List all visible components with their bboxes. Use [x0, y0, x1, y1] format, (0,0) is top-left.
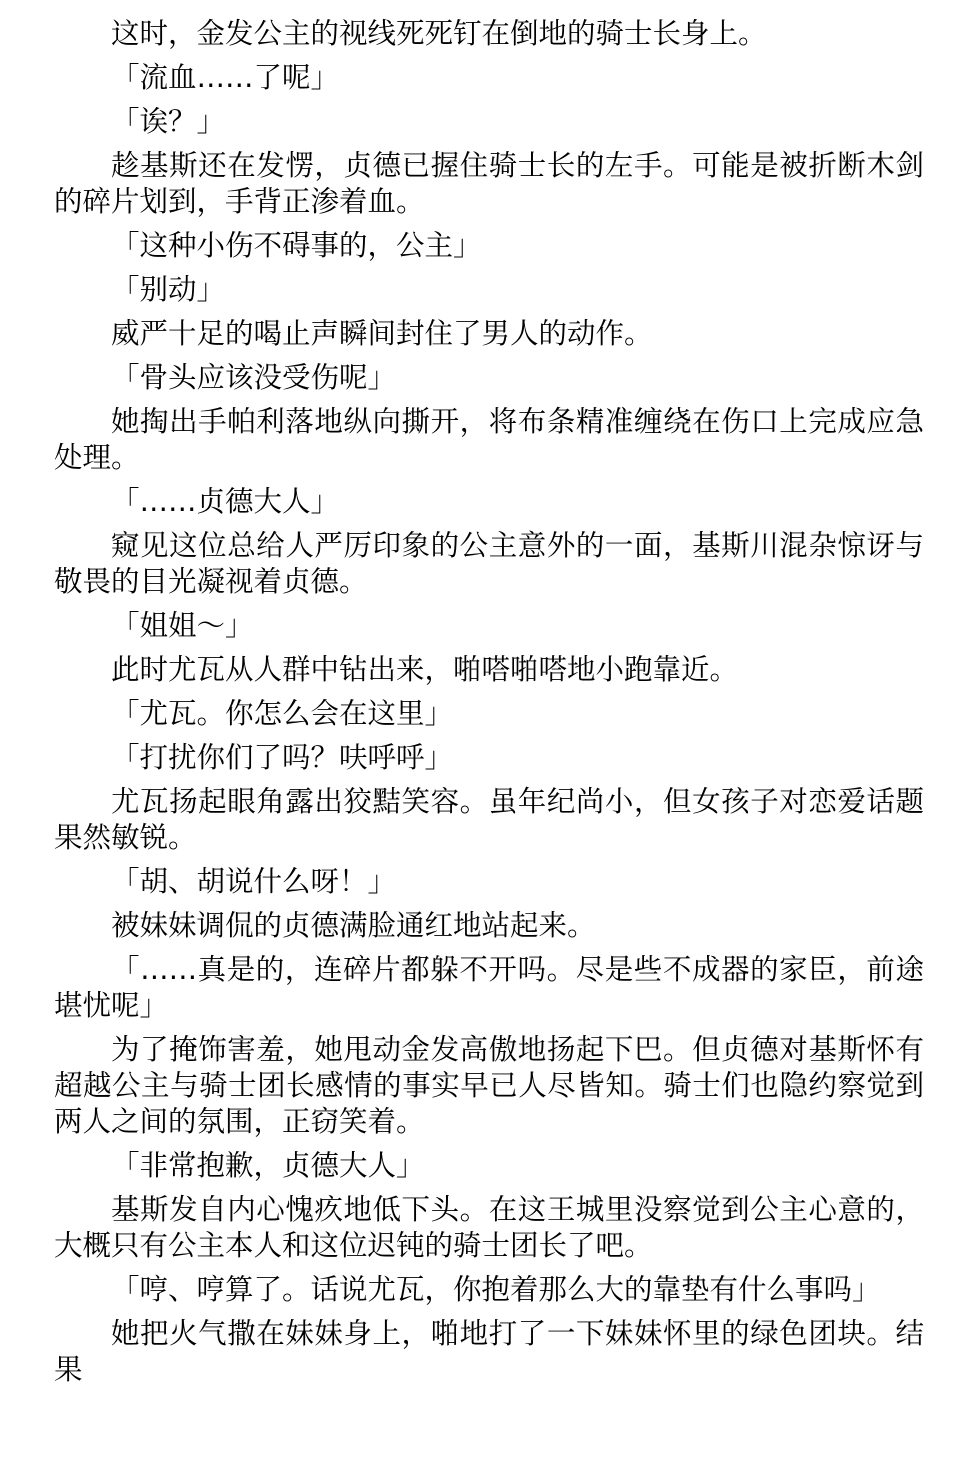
paragraph-narration: 这时，金发公主的视线死死钉在倒地的骑士长身上。 — [54, 16, 924, 52]
paragraph-narration: 被妹妹调侃的贞德满脸通红地站起来。 — [54, 908, 924, 944]
paragraph-dialogue: 「别动」 — [54, 272, 924, 308]
paragraph-dialogue: 「流血……了呢」 — [54, 60, 924, 96]
document-page: 这时，金发公主的视线死死钉在倒地的骑士长身上。 「流血……了呢」 「诶？」 趁基… — [54, 16, 924, 1396]
paragraph-dialogue: 「哼、哼算了。话说尤瓦，你抱着那么大的靠垫有什么事吗」 — [54, 1272, 924, 1308]
paragraph-narration: 为了掩饰害羞，她甩动金发高傲地扬起下巴。但贞德对基斯怀有超越公主与骑士团长感情的… — [54, 1032, 924, 1140]
paragraph-dialogue: 「尤瓦。你怎么会在这里」 — [54, 696, 924, 732]
paragraph-dialogue: 「诶？」 — [54, 104, 924, 140]
paragraph-dialogue: 「……真是的，连碎片都躲不开吗。尽是些不成器的家臣，前途堪忧呢」 — [54, 952, 924, 1024]
paragraph-narration: 基斯发自内心愧疚地低下头。在这王城里没察觉到公主心意的，大概只有公主本人和这位迟… — [54, 1192, 924, 1264]
paragraph-dialogue: 「……贞德大人」 — [54, 484, 924, 520]
paragraph-dialogue: 「姐姐～」 — [54, 608, 924, 644]
paragraph-narration: 趁基斯还在发愣，贞德已握住骑士长的左手。可能是被折断木剑的碎片划到，手背正渗着血… — [54, 148, 924, 220]
paragraph-dialogue: 「这种小伤不碍事的，公主」 — [54, 228, 924, 264]
paragraph-dialogue: 「胡、胡说什么呀！」 — [54, 864, 924, 900]
paragraph-narration: 尤瓦扬起眼角露出狡黠笑容。虽年纪尚小，但女孩子对恋爱话题果然敏锐。 — [54, 784, 924, 856]
paragraph-dialogue: 「骨头应该没受伤呢」 — [54, 360, 924, 396]
paragraph-narration: 窥见这位总给人严厉印象的公主意外的一面，基斯川混杂惊讶与敬畏的目光凝视着贞德。 — [54, 528, 924, 600]
paragraph-narration: 她掏出手帕利落地纵向撕开，将布条精准缠绕在伤口上完成应急处理。 — [54, 404, 924, 476]
paragraph-dialogue: 「打扰你们了吗？呋呼呼」 — [54, 740, 924, 776]
paragraph-dialogue: 「非常抱歉，贞德大人」 — [54, 1148, 924, 1184]
paragraph-narration: 她把火气撒在妹妹身上，啪地打了一下妹妹怀里的绿色团块。结果 — [54, 1316, 924, 1388]
paragraph-narration: 此时尤瓦从人群中钻出来，啪嗒啪嗒地小跑靠近。 — [54, 652, 924, 688]
paragraph-narration: 威严十足的喝止声瞬间封住了男人的动作。 — [54, 316, 924, 352]
